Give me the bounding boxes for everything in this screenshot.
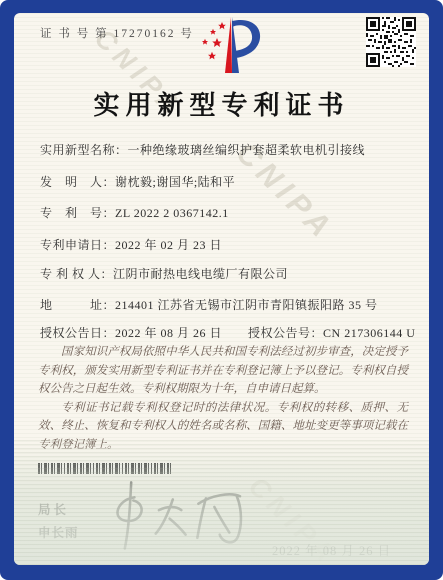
field-label: 专利申请日：: [40, 238, 115, 252]
field-label: 授权公告日：: [40, 326, 115, 340]
field-value: 2022 年 02 月 23 日: [115, 238, 222, 252]
field-value: 2022 年 08 月 26 日: [115, 326, 222, 340]
field-label: 授权公告号：: [248, 326, 323, 340]
field-address: 地 址：214401 江苏省无锡市江阴市青阳镇振阳路 35 号: [40, 296, 378, 313]
legal-notice-paragraph-2: 专利证书记载专利权登记时的法律状况。专利权的转移、质押、无效、终止、恢复和专利权…: [38, 399, 408, 455]
field-label: 专 利 权 人：: [40, 267, 113, 281]
field-value: 江阴市耐热电线电缆厂有限公司: [113, 267, 288, 281]
field-value: CN 217306144 U: [323, 326, 415, 340]
field-label: 地 址：: [40, 298, 115, 312]
certificate-title: 实用新型专利证书: [14, 85, 429, 122]
field-patent-number: 专 利 号：ZL 2022 2 0367142.1: [40, 204, 229, 221]
issue-date: 2022 年 08 月 26 日: [272, 541, 391, 559]
legal-notice: 国家知识产权局依照中华人民共和国专利法经过初步审查，决定授予专利权，颁发实用新型…: [38, 343, 408, 454]
cnipa-logo-icon: [185, 15, 265, 79]
field-label: 专 利 号：: [40, 206, 115, 220]
field-patentee: 专 利 权 人：江阴市耐热电线电缆厂有限公司: [40, 265, 288, 282]
legal-notice-paragraph-1: 国家知识产权局依照中华人民共和国专利法经过初步审查，决定授予专利权，颁发实用新型…: [38, 343, 408, 399]
field-grant-info: 授权公告日：2022 年 08 月 26 日授权公告号：CN 217306144…: [40, 324, 415, 341]
patent-certificate: CNIPA CNIPA CNIPA 证 书 号 第 17270162 号: [0, 0, 443, 580]
field-label: 发 明 人：: [40, 175, 115, 189]
barcode: [38, 463, 171, 474]
qr-code-icon: [366, 17, 416, 67]
certificate-number: 证 书 号 第 17270162 号: [40, 25, 194, 41]
field-value: ZL 2022 2 0367142.1: [115, 206, 229, 220]
field-value: 一种绝缘玻璃丝编织护套超柔软电机引接线: [128, 143, 366, 157]
field-value: 214401 江苏省无锡市江阴市青阳镇振阳路 35 号: [115, 298, 378, 312]
director-name-label: 申长雨: [38, 523, 79, 541]
director-signature: [96, 475, 256, 557]
field-label: 实用新型名称：: [40, 143, 128, 157]
field-utility-model-name: 实用新型名称：一种绝缘玻璃丝编织护套超柔软电机引接线: [40, 141, 365, 158]
field-filing-date: 专利申请日：2022 年 02 月 23 日: [40, 236, 222, 253]
certificate-sheet: CNIPA CNIPA CNIPA 证 书 号 第 17270162 号: [14, 13, 429, 565]
field-inventors: 发 明 人：谢枕毅;谢国华;陆和平: [40, 173, 235, 190]
field-value: 谢枕毅;谢国华;陆和平: [115, 175, 235, 189]
director-title-label: 局长: [38, 500, 69, 518]
